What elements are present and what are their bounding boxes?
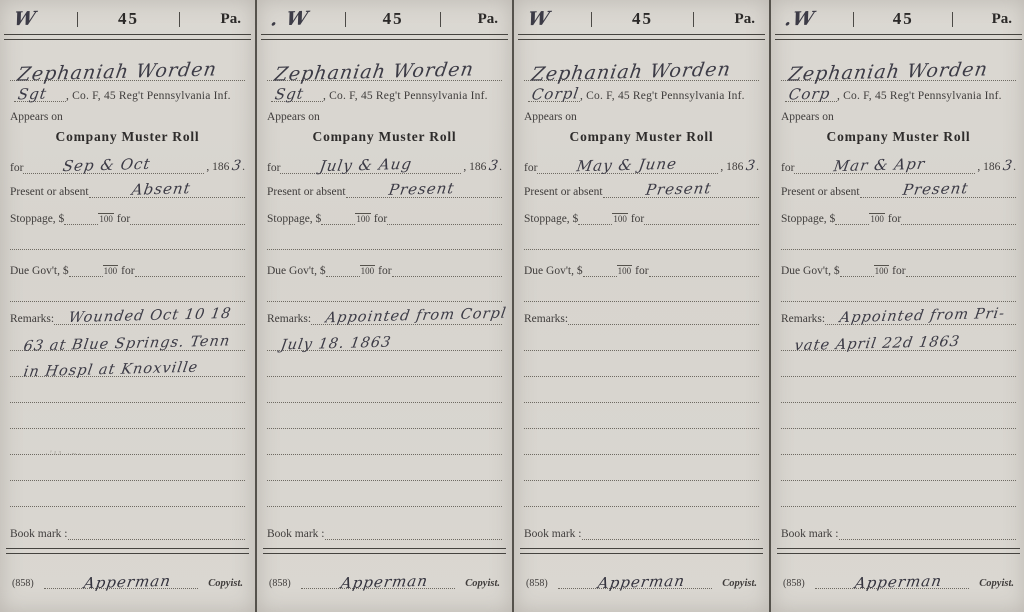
book-mark-row: Book mark : xyxy=(257,526,512,540)
cents-denominator: 100 xyxy=(869,213,885,225)
remarks-label: Remarks: xyxy=(10,313,54,325)
remarks-line-1: Appointed from Corpl xyxy=(311,311,502,325)
double-rule xyxy=(775,34,1022,40)
copyist-signature: Apperman xyxy=(82,572,172,592)
signature-line: Apperman xyxy=(815,562,970,589)
period-line: May & June xyxy=(537,160,718,174)
year-period: . xyxy=(756,161,759,173)
signature-area: (858) Apperman Copyist. xyxy=(771,562,1024,589)
for-word: for xyxy=(121,265,134,277)
book-mark-line xyxy=(68,526,246,540)
regiment-number: 45 xyxy=(893,9,914,29)
period-line: Mar & Apr xyxy=(794,160,975,174)
stoppage-reason-line xyxy=(387,211,502,225)
due-reason-line xyxy=(392,263,502,277)
signature-area: (858) Apperman Copyist. xyxy=(514,562,769,589)
surname-initial: W xyxy=(526,8,552,31)
rank-unit-line: Corp , Co. F, 45 Reg't Pennsylvania Inf. xyxy=(771,81,1024,102)
due-reason-line xyxy=(649,263,759,277)
dollar-blank xyxy=(321,211,355,225)
stoppage-label: Stoppage, $ xyxy=(524,213,578,225)
book-mark-label: Book mark : xyxy=(267,528,325,540)
rank-value: Corp xyxy=(788,84,832,103)
period-value: July & Aug xyxy=(319,155,414,175)
header-divider xyxy=(77,12,78,27)
remarks-row: Remarks: Wounded Oct 10 18 xyxy=(0,311,255,325)
stoppage-row: Stoppage, $ 100 for xyxy=(0,211,255,225)
copyist-signature: Apperman xyxy=(596,572,686,592)
period-value: Sep & Oct xyxy=(62,155,152,175)
soldier-name-line: Zephaniah Worden xyxy=(10,53,245,81)
due-reason-line xyxy=(906,263,1016,277)
plate-number: (858) xyxy=(526,578,548,589)
dotted-line xyxy=(267,455,502,481)
present-absent-label: Present or absent xyxy=(10,186,89,198)
dotted-line xyxy=(267,481,502,507)
year-group: , 186 3. xyxy=(718,158,759,174)
signature-line: Apperman xyxy=(558,562,713,589)
remarks-text-1: Appointed from Corpl xyxy=(325,306,508,327)
for-word: for xyxy=(374,213,387,225)
due-govt-label: Due Gov't, $ xyxy=(10,265,69,277)
period-value: May & June xyxy=(576,155,679,176)
plate-number: (858) xyxy=(269,578,291,589)
dotted-line xyxy=(524,403,759,429)
dotted-line xyxy=(781,481,1016,507)
rank-unit-line: Sgt , Co. F, 45 Reg't Pennsylvania Inf. xyxy=(257,81,512,102)
remarks-row: Remarks: xyxy=(514,311,769,325)
dotted-line xyxy=(10,377,245,403)
for-word: for xyxy=(888,213,901,225)
muster-roll-card: .W 45 Pa. Zephaniah Worden Corp , Co. F,… xyxy=(771,0,1024,612)
dollar-blank xyxy=(835,211,869,225)
dotted-line xyxy=(781,403,1016,429)
dotted-line xyxy=(781,225,1016,250)
remarks-line-1: Wounded Oct 10 18 xyxy=(54,311,245,325)
rank-slot: Sgt xyxy=(14,88,66,102)
remarks-text-1: Wounded Oct 10 18 xyxy=(68,306,233,326)
regiment-number: 45 xyxy=(632,9,653,29)
for-label: for xyxy=(10,162,23,174)
for-period-row: for July & Aug , 186 3. xyxy=(257,158,512,174)
dotted-line xyxy=(524,225,759,250)
dollar-blank xyxy=(840,263,874,277)
due-govt-row: Due Gov't, $ 100 for xyxy=(257,263,512,277)
remarks-line-1: Appointed from Pri- xyxy=(825,311,1016,325)
appears-on-label: Appears on xyxy=(771,111,1024,123)
dollar-blank xyxy=(578,211,612,225)
remarks-line-3 xyxy=(267,351,502,377)
state-abbreviation: Pa. xyxy=(992,11,1012,28)
stoppage-label: Stoppage, $ xyxy=(781,213,835,225)
double-rule xyxy=(520,548,763,554)
for-period-row: for Mar & Apr , 186 3. xyxy=(771,158,1024,174)
due-reason-line xyxy=(135,263,245,277)
book-mark-line xyxy=(582,526,760,540)
dotted-line xyxy=(10,225,245,250)
due-govt-row: Due Gov't, $ 100 for xyxy=(514,263,769,277)
header-divider xyxy=(179,12,180,27)
copyist-label: Copyist. xyxy=(722,578,757,589)
stoppage-label: Stoppage, $ xyxy=(267,213,321,225)
soldier-name-line: Zephaniah Worden xyxy=(267,53,502,81)
remarks-label: Remarks: xyxy=(524,313,568,325)
rank-value: Sgt xyxy=(274,85,306,104)
state-abbreviation: Pa. xyxy=(221,11,241,28)
copyist-signature: Apperman xyxy=(339,572,429,592)
muster-card-sheet: W 45 Pa. Zephaniah Worden Sgt , Co. F, 4… xyxy=(0,0,1024,612)
rank-value: Corpl xyxy=(531,84,581,103)
card-header: . W 45 Pa. xyxy=(257,0,512,33)
book-mark-label: Book mark : xyxy=(781,528,839,540)
stoppage-row: Stoppage, $ 100 for xyxy=(257,211,512,225)
surname-initial: W xyxy=(12,8,38,31)
present-absent-value: Absent xyxy=(131,179,193,199)
cents-denominator: 100 xyxy=(103,265,119,277)
dotted-line xyxy=(267,277,502,302)
dotted-line xyxy=(781,277,1016,302)
rank-unit-line: Corpl , Co. F, 45 Reg't Pennsylvania Inf… xyxy=(514,81,769,102)
for-word: for xyxy=(631,213,644,225)
header-divider xyxy=(853,12,854,27)
present-absent-line: Present xyxy=(860,184,1016,198)
state-abbreviation: Pa. xyxy=(478,11,498,28)
surname-initial: . W xyxy=(269,8,310,31)
muster-roll-title: Company Muster Roll xyxy=(514,129,769,145)
rank-slot: Corp xyxy=(785,88,837,102)
remarks-text-1: Appointed from Pri- xyxy=(839,306,1007,326)
double-rule xyxy=(777,548,1020,554)
appears-on-label: Appears on xyxy=(257,111,512,123)
appears-on-label: Appears on xyxy=(514,111,769,123)
double-rule xyxy=(518,34,765,40)
present-absent-line: Present xyxy=(603,184,759,198)
dollar-blank xyxy=(69,263,103,277)
present-absent-row: Present or absent Present xyxy=(257,184,512,198)
plate-number: (858) xyxy=(783,578,805,589)
rank-unit-line: Sgt , Co. F, 45 Reg't Pennsylvania Inf. xyxy=(0,81,255,102)
remarks-line-3 xyxy=(524,351,759,377)
dotted-line xyxy=(524,277,759,302)
for-word: for xyxy=(378,265,391,277)
due-govt-row: Due Gov't, $ 100 for xyxy=(0,263,255,277)
book-mark-row: Book mark : xyxy=(0,526,255,540)
dotted-line: ·'¹³ ·~· – · xyxy=(10,429,245,455)
remarks-label: Remarks: xyxy=(781,313,825,325)
due-govt-row: Due Gov't, $ 100 for xyxy=(771,263,1024,277)
for-label: for xyxy=(267,162,280,174)
dotted-line xyxy=(781,429,1016,455)
muster-roll-card: W 45 Pa. Zephaniah Worden Sgt , Co. F, 4… xyxy=(0,0,255,612)
dotted-line xyxy=(781,455,1016,481)
present-absent-value: Present xyxy=(902,179,970,199)
book-mark-row: Book mark : xyxy=(771,526,1024,540)
remarks-label: Remarks: xyxy=(267,313,311,325)
year-group: , 186 3. xyxy=(975,158,1016,174)
period-line: Sep & Oct xyxy=(23,160,204,174)
dotted-line xyxy=(10,455,245,481)
year-printed: , 186 xyxy=(463,161,486,173)
due-govt-label: Due Gov't, $ xyxy=(267,265,326,277)
cents-denominator: 100 xyxy=(98,213,114,225)
book-mark-row: Book mark : xyxy=(514,526,769,540)
signature-area: (858) Apperman Copyist. xyxy=(257,562,512,589)
header-divider xyxy=(693,12,694,27)
header-divider xyxy=(952,12,953,27)
rank-slot: Sgt xyxy=(271,88,323,102)
signature-line: Apperman xyxy=(301,562,456,589)
period-value: Mar & Apr xyxy=(833,155,927,175)
unit-text: , Co. F, 45 Reg't Pennsylvania Inf. xyxy=(66,90,231,102)
for-period-row: for Sep & Oct , 186 3. xyxy=(0,158,255,174)
book-mark-label: Book mark : xyxy=(524,528,582,540)
present-absent-row: Present or absent Present xyxy=(771,184,1024,198)
book-mark-label: Book mark : xyxy=(10,528,68,540)
remarks-line-3 xyxy=(781,351,1016,377)
dotted-line xyxy=(10,481,245,507)
for-word: for xyxy=(635,265,648,277)
muster-roll-card: . W 45 Pa. Zephaniah Worden Sgt , Co. F,… xyxy=(257,0,512,612)
stoppage-reason-line xyxy=(130,211,245,225)
for-period-row: for May & June , 186 3. xyxy=(514,158,769,174)
remarks-line-1 xyxy=(568,311,759,325)
muster-roll-title: Company Muster Roll xyxy=(0,129,255,145)
remarks-row: Remarks: Appointed from Pri- xyxy=(771,311,1024,325)
dotted-line xyxy=(267,429,502,455)
card-header: W 45 Pa. xyxy=(0,0,255,33)
soldier-name-line: Zephaniah Worden xyxy=(524,53,759,81)
dollar-blank xyxy=(583,263,617,277)
rank-value: Sgt xyxy=(17,85,49,104)
cents-denominator: 100 xyxy=(355,213,371,225)
appears-on-label: Appears on xyxy=(0,111,255,123)
dotted-line xyxy=(267,225,502,250)
copyist-label: Copyist. xyxy=(979,578,1014,589)
present-absent-value: Present xyxy=(645,179,713,199)
dotted-line xyxy=(524,481,759,507)
for-label: for xyxy=(524,162,537,174)
year-printed: , 186 xyxy=(720,161,743,173)
muster-roll-card: W 45 Pa. Zephaniah Worden Corpl , Co. F,… xyxy=(514,0,769,612)
remarks-line-2: 63 at Blue Springs. Tenn xyxy=(10,325,245,351)
unit-text: , Co. F, 45 Reg't Pennsylvania Inf. xyxy=(580,90,745,102)
muster-roll-title: Company Muster Roll xyxy=(257,129,512,145)
regiment-number: 45 xyxy=(118,9,139,29)
copyist-label: Copyist. xyxy=(208,578,243,589)
present-absent-label: Present or absent xyxy=(524,186,603,198)
cents-denominator: 100 xyxy=(874,265,890,277)
plate-number: (858) xyxy=(12,578,34,589)
book-mark-line xyxy=(325,526,503,540)
cents-denominator: 100 xyxy=(612,213,628,225)
year-period: . xyxy=(499,161,502,173)
regiment-number: 45 xyxy=(383,9,404,29)
remarks-line-2: July 18. 1863 xyxy=(267,325,502,351)
unit-text: , Co. F, 45 Reg't Pennsylvania Inf. xyxy=(837,90,1002,102)
signature-area: (858) Apperman Copyist. xyxy=(0,562,255,589)
present-absent-line: Absent xyxy=(89,184,245,198)
muster-roll-title: Company Muster Roll xyxy=(771,129,1024,145)
present-absent-row: Present or absent Absent xyxy=(0,184,255,198)
dotted-line xyxy=(524,377,759,403)
stoppage-row: Stoppage, $ 100 for xyxy=(771,211,1024,225)
dotted-line xyxy=(267,377,502,403)
header-divider xyxy=(591,12,592,27)
dotted-line xyxy=(10,277,245,302)
card-header: .W 45 Pa. xyxy=(771,0,1024,33)
double-rule xyxy=(6,548,249,554)
header-divider xyxy=(440,12,441,27)
stoppage-reason-line xyxy=(901,211,1016,225)
present-absent-label: Present or absent xyxy=(781,186,860,198)
for-label: for xyxy=(781,162,794,174)
book-mark-line xyxy=(839,526,1017,540)
stoppage-reason-line xyxy=(644,211,759,225)
due-govt-label: Due Gov't, $ xyxy=(781,265,840,277)
present-absent-value: Present xyxy=(388,179,456,199)
dotted-line xyxy=(524,429,759,455)
due-govt-label: Due Gov't, $ xyxy=(524,265,583,277)
state-abbreviation: Pa. xyxy=(735,11,755,28)
present-absent-line: Present xyxy=(346,184,502,198)
dotted-line xyxy=(781,377,1016,403)
double-rule xyxy=(4,34,251,40)
card-header: W 45 Pa. xyxy=(514,0,769,33)
surname-initial: .W xyxy=(783,8,816,31)
remarks-line-2: vate April 22d 1863 xyxy=(781,325,1016,351)
stoppage-label: Stoppage, $ xyxy=(10,213,64,225)
double-rule xyxy=(261,34,508,40)
unit-text: , Co. F, 45 Reg't Pennsylvania Inf. xyxy=(323,90,488,102)
double-rule xyxy=(263,548,506,554)
year-group: , 186 3. xyxy=(204,158,245,174)
year-group: , 186 3. xyxy=(461,158,502,174)
dotted-line xyxy=(524,455,759,481)
present-absent-label: Present or absent xyxy=(267,186,346,198)
remarks-line-2 xyxy=(524,325,759,351)
cents-denominator: 100 xyxy=(617,265,633,277)
dollar-blank xyxy=(64,211,98,225)
stoppage-row: Stoppage, $ 100 for xyxy=(514,211,769,225)
for-word: for xyxy=(117,213,130,225)
dollar-blank xyxy=(326,263,360,277)
year-period: . xyxy=(1013,161,1016,173)
remarks-line-3: in Hospl at Knoxville xyxy=(10,351,245,377)
header-divider xyxy=(345,12,346,27)
signature-line: Apperman xyxy=(44,562,199,589)
period-line: July & Aug xyxy=(280,160,461,174)
remarks-row: Remarks: Appointed from Corpl xyxy=(257,311,512,325)
year-printed: , 186 xyxy=(206,161,229,173)
copyist-label: Copyist. xyxy=(465,578,500,589)
cents-denominator: 100 xyxy=(360,265,376,277)
year-period: . xyxy=(242,161,245,173)
dotted-line xyxy=(267,403,502,429)
copyist-signature: Apperman xyxy=(853,572,943,592)
year-printed: , 186 xyxy=(977,161,1000,173)
rank-slot: Corpl xyxy=(528,88,580,102)
dotted-line xyxy=(10,403,245,429)
present-absent-row: Present or absent Present xyxy=(514,184,769,198)
soldier-name-line: Zephaniah Worden xyxy=(781,53,1016,81)
for-word: for xyxy=(892,265,905,277)
